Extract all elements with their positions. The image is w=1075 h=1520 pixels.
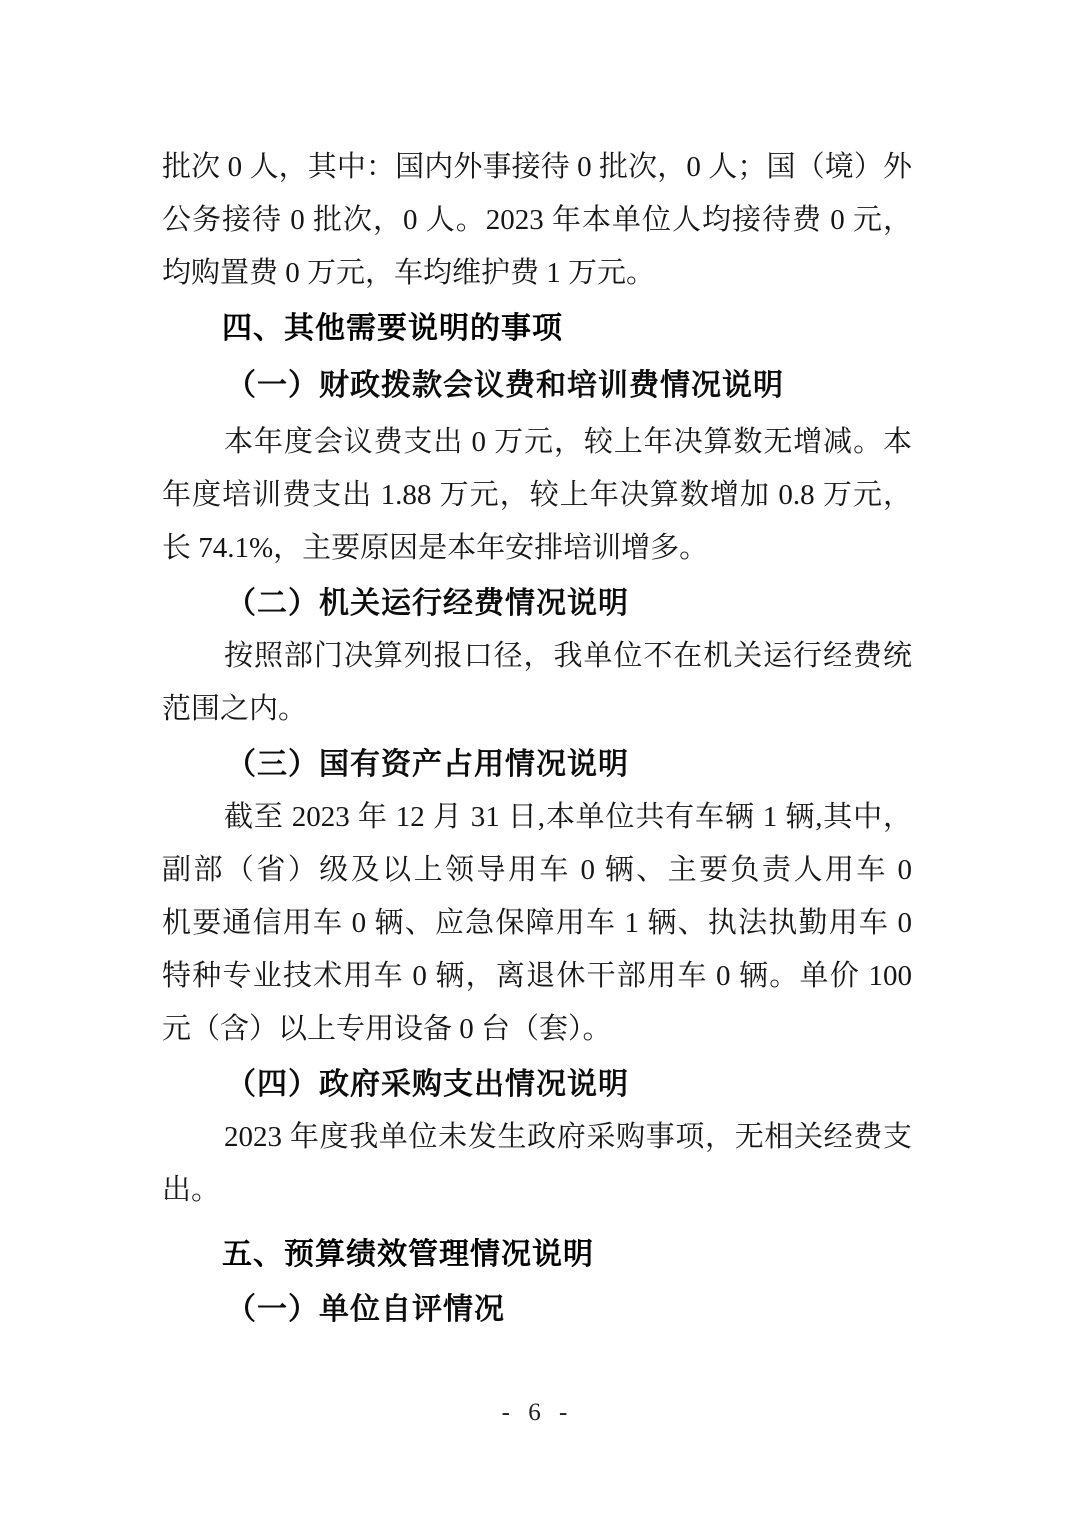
paragraph-gov-procurement: 2023 年度我单位未发生政府采购事项，无相关经费支 出。	[162, 1111, 912, 1217]
body-line: 机要通信用车 0 辆、应急保障用车 1 辆、执法执勤用车 0 辆，	[162, 897, 912, 950]
body-line: 特种专业技术用车 0 辆，离退休干部用车 0 辆。单价 100 万	[162, 950, 912, 1003]
body-line: 元（含）以上专用设备 0 台（套）。	[162, 1003, 912, 1056]
body-line: 副部（省）级及以上领导用车 0 辆、主要负责人用车 0 辆、	[162, 844, 912, 897]
section-heading-4: 四、其他需要说明的事项	[162, 302, 912, 355]
subheading-4-4-gov-procurement: （四）政府采购支出情况说明	[162, 1058, 912, 1111]
subheading-4-2-operating-funds: （二）机关运行经费情况说明	[162, 577, 912, 630]
subheading-4-3-state-assets: （三）国有资产占用情况说明	[162, 738, 912, 791]
subheading-4-1-meeting-training: （一）财政拨款会议费和培训费情况说明	[162, 359, 912, 412]
document-page: 批次 0 人，其中：国内外事接待 0 批次，0 人；国（境）外 公务接待 0 批…	[0, 0, 1075, 1520]
body-line: 出。	[162, 1164, 912, 1217]
body-line: 均购置费 0 万元，车均维护费 1 万元。	[162, 247, 912, 300]
page-number: - 6 -	[0, 1392, 1075, 1434]
paragraph-meeting-training: 本年度会议费支出 0 万元，较上年决算数无增减。本 年度培训费支出 1.88 万…	[162, 416, 912, 575]
document-body: 批次 0 人，其中：国内外事接待 0 批次，0 人；国（境）外 公务接待 0 批…	[162, 141, 912, 1336]
body-line: 本年度会议费支出 0 万元，较上年决算数无增减。本	[162, 416, 912, 469]
body-line: 按照部门决算列报口径，我单位不在机关运行经费统计	[162, 630, 912, 683]
body-line: 批次 0 人，其中：国内外事接待 0 批次，0 人；国（境）外	[162, 141, 912, 194]
paragraph-operating-funds: 按照部门决算列报口径，我单位不在机关运行经费统计 范围之内。	[162, 630, 912, 736]
body-line: 长 74.1%，主要原因是本年安排培训增多。	[162, 522, 912, 575]
body-line: 范围之内。	[162, 683, 912, 736]
paragraph-reception-stats: 批次 0 人，其中：国内外事接待 0 批次，0 人；国（境）外 公务接待 0 批…	[162, 141, 912, 300]
body-line: 截至 2023 年 12 月 31 日,本单位共有车辆 1 辆,其中，	[162, 791, 912, 844]
paragraph-state-assets: 截至 2023 年 12 月 31 日,本单位共有车辆 1 辆,其中， 副部（省…	[162, 791, 912, 1056]
subheading-5-1-self-evaluation: （一）单位自评情况	[162, 1283, 912, 1336]
body-line: 年度培训费支出 1.88 万元，较上年决算数增加 0.8 万元，增	[162, 469, 912, 522]
section-heading-5: 五、预算绩效管理情况说明	[162, 1228, 912, 1281]
body-line: 公务接待 0 批次，0 人。2023 年本单位人均接待费 0 元，车	[162, 194, 912, 247]
body-line: 2023 年度我单位未发生政府采购事项，无相关经费支	[162, 1111, 912, 1164]
